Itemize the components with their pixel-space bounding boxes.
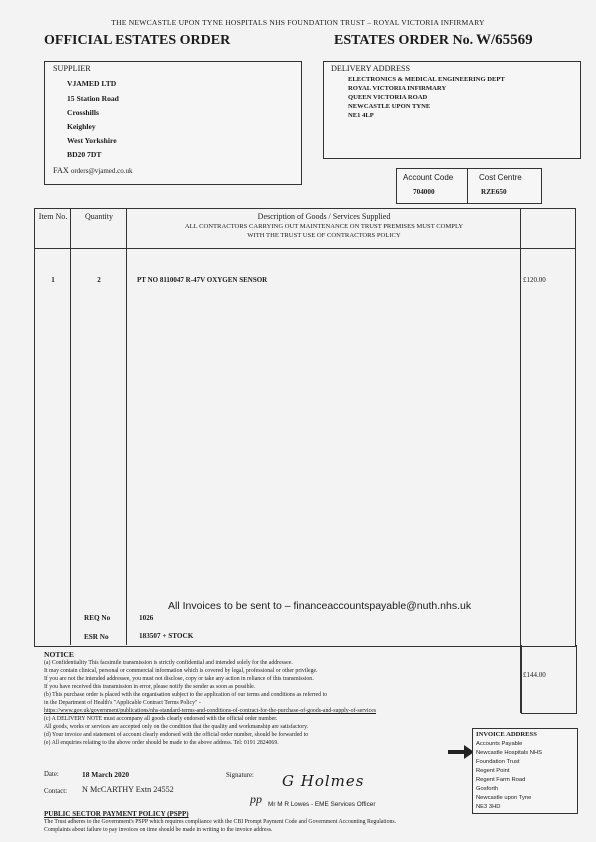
supplier-address-line: 15 Station Road: [67, 94, 119, 103]
total-box: [521, 645, 577, 714]
fax-value: orders@vjamed.co.uk: [71, 167, 133, 175]
terms-link[interactable]: https://www.gov.uk/government/publicatio…: [44, 708, 376, 715]
quantity-header: Quantity: [72, 212, 126, 222]
header-row-divider: [34, 248, 575, 249]
notice-title: NOTICE: [44, 650, 74, 659]
esr-no-label: ESR No: [84, 633, 109, 641]
notice-line: It may contain clinical, personal or com…: [44, 668, 318, 675]
notice-line: (a) Confidentiality This facsimile trans…: [44, 660, 293, 667]
delivery-address-label: DELIVERY ADDRESS: [331, 64, 410, 73]
order-date: 18 March 2020: [82, 770, 129, 779]
signature-label: Signature:: [226, 772, 254, 779]
invoice-address-line: NE3 3HD: [476, 804, 500, 810]
delivery-address-line: QUEEN VICTORIA ROAD: [348, 94, 427, 101]
description-header: Description of Goods / Services Supplied: [128, 212, 520, 222]
contact-name: N McCARTHY Extn 24552: [82, 785, 174, 794]
pp-initials: pp: [250, 792, 262, 807]
items-table: [34, 208, 576, 647]
fax-label: FAX: [53, 166, 69, 175]
notice-line: (d) Your invoice and statement of accoun…: [44, 732, 308, 739]
invoice-address-line: Foundation Trust: [476, 759, 520, 765]
invoice-address-line: Newcastle Hospitals NHS: [476, 750, 542, 756]
notice-line: (e) All enquiries relating to the above …: [44, 740, 279, 747]
date-label: Date:: [44, 771, 59, 778]
order-total: £144.00: [523, 671, 546, 679]
invoice-email-note: All Invoices to be sent to – financeacco…: [168, 600, 471, 612]
item-description: PT NO 8110047 R-47V OXYGEN SENSOR: [137, 276, 267, 284]
req-no: 1026: [139, 614, 153, 622]
invoice-address-line: Regent Point: [476, 768, 510, 774]
column-divider: [70, 208, 71, 645]
contractor-policy-line: ALL CONTRACTORS CARRYING OUT MAINTENANCE…: [128, 222, 520, 231]
account-code: 704000: [413, 188, 435, 196]
cost-centre-label: Cost Centre: [479, 173, 522, 182]
invoice-address-line: Newcastle upon Tyne: [476, 795, 531, 801]
item-no: 1: [36, 276, 70, 284]
delivery-address-line: NEWCASTLE UPON TYNE: [348, 103, 430, 110]
invoice-address-line: Accounts Payable: [476, 741, 522, 747]
supplier-postcode: BD20 7DT: [67, 150, 101, 159]
notice-line: (b) This purchase order is placed with t…: [44, 692, 327, 699]
supplier-address-line: West Yorkshire: [67, 136, 117, 145]
quantity: 2: [72, 276, 126, 284]
supplier-address-line: Keighley: [67, 122, 96, 131]
contractor-policy-line: WITH THE TRUST USE OF CONTRACTORS POLICY: [128, 231, 520, 240]
form-title: OFFICIAL ESTATES ORDER: [44, 33, 230, 49]
notice-line: If you have received this transmission i…: [44, 684, 255, 691]
order-number: W/65569: [476, 32, 533, 49]
invoice-address-line: Gosforth: [476, 786, 498, 792]
pspp-line: Complaints about failure to pay invoices…: [44, 827, 272, 833]
account-code-label: Account Code: [403, 173, 453, 182]
supplier-fax: FAX orders@vjamed.co.uk: [53, 166, 132, 175]
officer-name: Mr M R Lowes - EME Services Officer: [268, 801, 375, 808]
pspp-title: PUBLIC SECTOR PAYMENT POLICY (PSPP): [44, 810, 189, 818]
supplier-label: SUPPLIER: [53, 64, 91, 73]
notice-line: If you are not the intended addressee, y…: [44, 676, 314, 683]
estates-order-document: THE NEWCASTLE UPON TYNE HOSPITALS NHS FO…: [0, 0, 596, 842]
supplier-name: VJAMED LTD: [67, 79, 116, 88]
delivery-address-line: ELECTRONICS & MEDICAL ENGINEERING DEPT: [348, 76, 505, 83]
invoice-address-title: INVOICE ADDRESS: [476, 731, 537, 738]
codes-divider: [467, 168, 468, 204]
order-no-label: ESTATES ORDER No.: [334, 33, 473, 49]
delivery-address-line: NE1 4LP: [348, 112, 374, 119]
notice-line: All goods, works or services are accepte…: [44, 724, 308, 731]
invoice-address-line: Regent Farm Road: [476, 777, 525, 783]
req-no-label: REQ No: [84, 614, 110, 622]
contact-label: Contact:: [44, 788, 67, 795]
pspp-line: The Trust adheres to the Government's PS…: [44, 819, 396, 825]
item-price: £120.00: [523, 276, 546, 284]
notice-line: in the Department of Health's "Applicabl…: [44, 700, 201, 707]
esr-no: 183507 + STOCK: [139, 632, 193, 640]
trust-name: THE NEWCASTLE UPON TYNE HOSPITALS NHS FO…: [0, 18, 596, 27]
notice-line: (c) A DELIVERY NOTE must accompany all g…: [44, 716, 277, 723]
supplier-address-line: Crosshills: [67, 108, 99, 117]
column-divider: [126, 208, 127, 645]
column-divider: [520, 208, 521, 713]
cost-centre: RZE650: [481, 188, 507, 196]
item-no-header: Item No.: [36, 212, 70, 222]
delivery-address-line: ROYAL VICTORIA INFIRMARY: [348, 85, 446, 92]
signature: G Holmes: [282, 772, 364, 790]
